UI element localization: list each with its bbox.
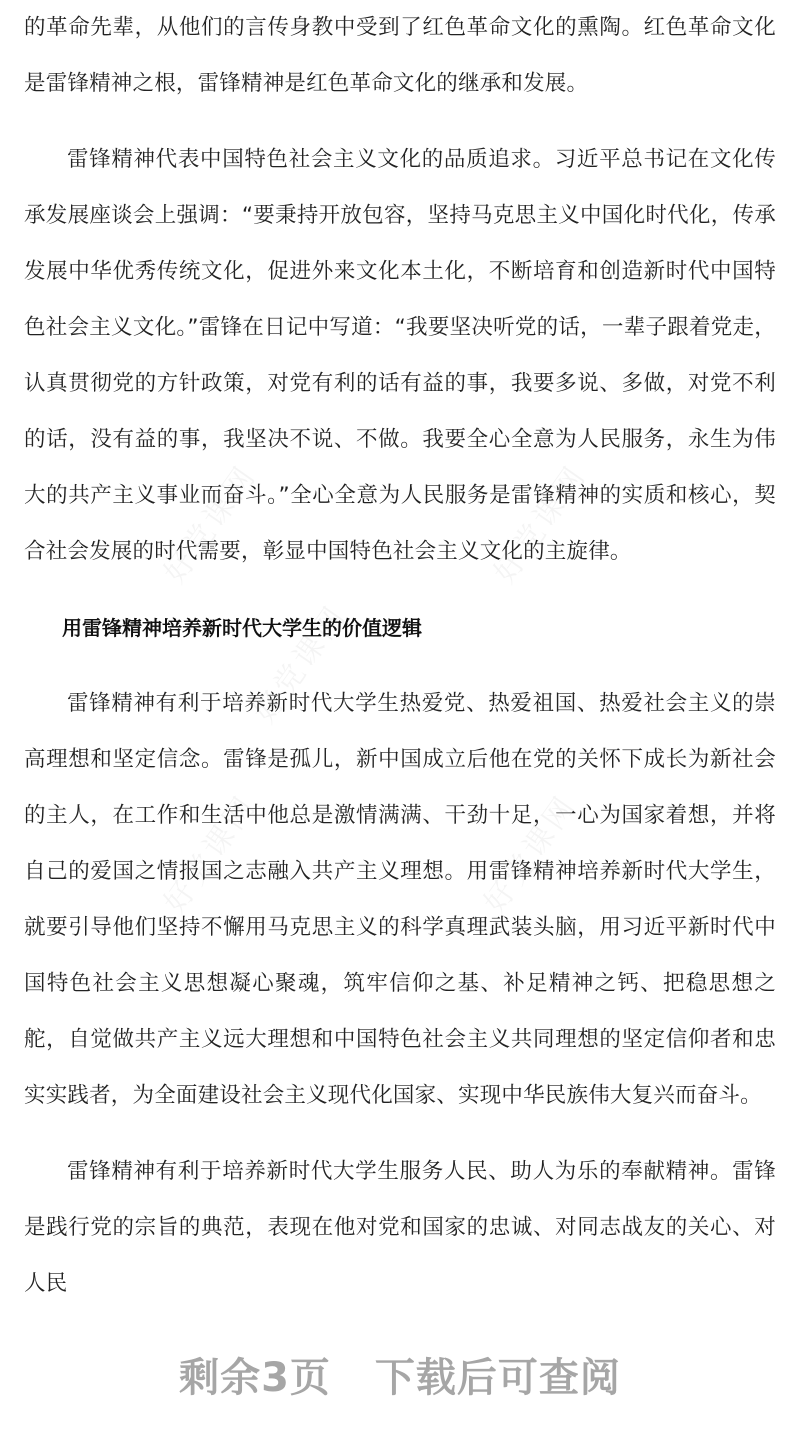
download-prompt-label[interactable]: 下载后可查阅 bbox=[375, 1355, 621, 1401]
paragraph-serve-people: 雷锋精神有利于培养新时代大学生服务人民、助人为乐的奉献精神。雷锋是践行党的宗旨的… bbox=[24, 1144, 776, 1312]
paragraph-red-culture-root: 的革命先辈，从他们的言传身教中受到了红色革命文化的熏陶。红色革命文化是雷锋精神之… bbox=[24, 0, 776, 112]
paragraph-gap bbox=[24, 112, 776, 132]
remaining-pages-banner[interactable]: 剩余3页下载后可查阅 bbox=[0, 1346, 800, 1403]
paragraph-gap bbox=[24, 656, 776, 676]
document-page: 的革命先辈，从他们的言传身教中受到了红色革命文化的熏陶。红色革命文化是雷锋精神之… bbox=[24, 0, 776, 1312]
paragraph-ideals-beliefs: 雷锋精神有利于培养新时代大学生热爱党、热爱祖国、热爱社会主义的崇高理想和坚定信念… bbox=[24, 676, 776, 1124]
section-heading: 用雷锋精神培养新时代大学生的价值逻辑 bbox=[24, 600, 776, 656]
paragraph-gap bbox=[24, 580, 776, 600]
paragraph-socialist-culture: 雷锋精神代表中国特色社会主义文化的品质追求。习近平总书记在文化传承发展座谈会上强… bbox=[24, 132, 776, 580]
remaining-pages-label: 剩余3页 bbox=[179, 1355, 331, 1401]
paragraph-gap bbox=[24, 1124, 776, 1144]
